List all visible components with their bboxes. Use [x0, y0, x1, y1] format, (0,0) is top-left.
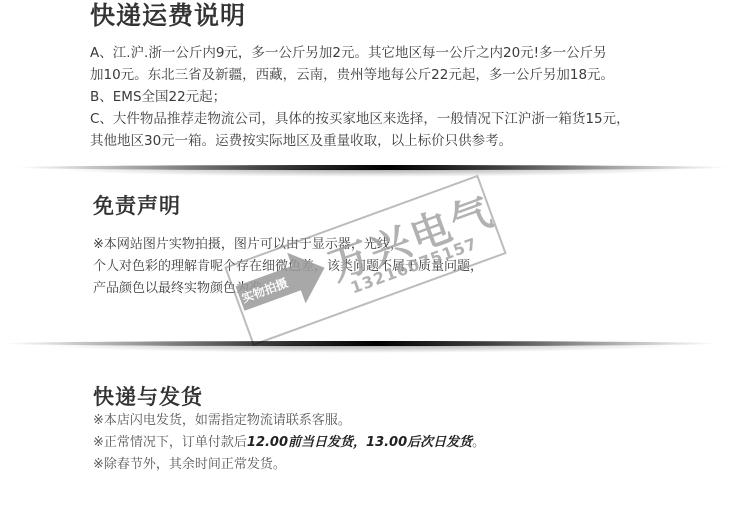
shipping-fees-title: 快递运费说明	[90, 0, 246, 32]
delivery-line: ※除春节外，其余时间正常发货。	[93, 454, 485, 476]
section-divider	[16, 165, 728, 179]
shipping-info-page: 快递运费说明 A、江.沪.浙一公斤内9元，多一公斤另加2元。其它地区每一公斤之内…	[0, 0, 750, 509]
shipping-fees-text: A、江.沪.浙一公斤内9元，多一公斤另加2元。其它地区每一公斤之内20元!多一公…	[90, 42, 630, 152]
shipping-fees-line: 其他地区30元一箱。运费按实际地区及重量收取，以上标价只供参考。	[90, 130, 630, 152]
disclaimer-title: 免责声明	[93, 190, 181, 220]
shipping-fees-line: 加10元。东北三省及新疆，西藏，云南，贵州等地每公斤22元起，多一公斤另加18元…	[90, 64, 630, 86]
delivery-line: ※正常情况下，订单付款后12.00前当日发货，13.00后次日发货。	[93, 432, 485, 454]
delivery-title: 快递与发货	[93, 381, 203, 411]
delivery-line: ※本店闪电发货，如需指定物流请联系客服。	[93, 410, 485, 432]
shipping-fees-line: B、EMS全国22元起；	[90, 86, 630, 108]
watermark-stamp: 实物拍摄 万兴电气 13216075157	[224, 175, 506, 346]
delivery-time-highlight: 12.00前当日发货，13.00后次日发货	[247, 435, 472, 450]
shipping-fees-line: C、大件物品推荐走物流公司，具体的按买家地区来选择，一般情况下江沪浙一箱货15元…	[90, 108, 630, 130]
shipping-fees-line: A、江.沪.浙一公斤内9元，多一公斤另加2元。其它地区每一公斤之内20元!多一公…	[90, 42, 630, 64]
delivery-text: ※本店闪电发货，如需指定物流请联系客服。 ※正常情况下，订单付款后12.00前当…	[93, 410, 485, 476]
section-divider	[4, 341, 718, 355]
